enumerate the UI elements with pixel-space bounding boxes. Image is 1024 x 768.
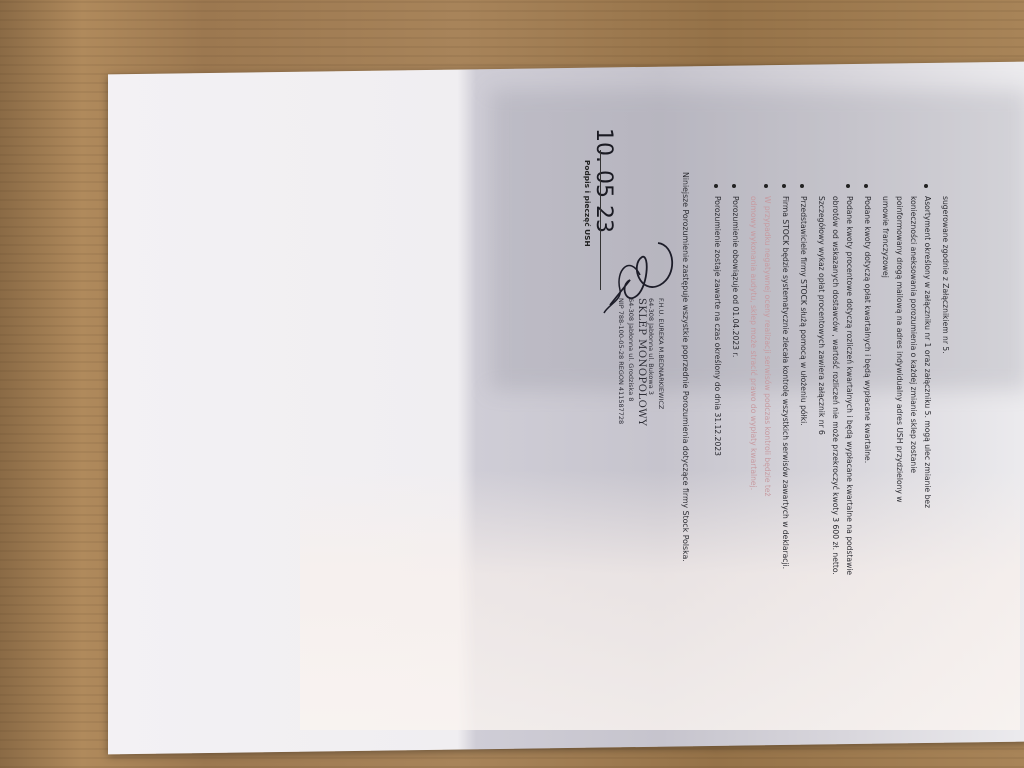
document-line: Przedstawiciele firmy STOCK służą pomocą… [799, 196, 808, 426]
document-line: obrotów od wskazanych dostawców , wartoś… [831, 196, 840, 575]
stamp-line-2: 64-308 Jabłonna ul. Bukowa 3 [648, 298, 655, 426]
bullet-icon [800, 184, 804, 188]
stamp-line-5: NIP 788-100-05-28 REGON 411587728 [618, 298, 625, 426]
signature-label: Podpis i pieczęć USH [583, 160, 592, 247]
handwritten-date: 10. 05 23 [591, 128, 616, 233]
document-line: umowie franczyzowej [881, 196, 890, 278]
document-line: Porozumienie obowiązuje od 01.04.2023 r. [731, 196, 740, 357]
closing-statement: Niniejsze Porozumienie zastępuje wszystk… [681, 172, 690, 562]
document-line: W przypadku negatywnej oceny realizacji … [763, 196, 772, 497]
stamp-line-4: 64-308 Jabłonna ul. Grodziska 8 [628, 298, 635, 426]
document-line: Porozumienie zostaje zawarte na czas okr… [713, 196, 722, 456]
bullet-icon [782, 184, 786, 188]
document-line: sugerowane zgodnie z Załącznikiem nr 5. [941, 196, 950, 354]
bullet-icon [864, 184, 868, 188]
document-line: konieczności aneksowania porozumienia o … [909, 196, 918, 473]
bullet-icon [764, 184, 768, 188]
company-stamp: F.H.U. EUREKA M.BEDNARKIEWICZ 64-308 Jab… [618, 298, 664, 426]
document-line: Szczegółowy wykaz opłat procentowych zaw… [817, 196, 826, 435]
stamp-line-1: F.H.U. EUREKA M.BEDNARKIEWICZ [658, 298, 665, 426]
bullet-icon [732, 184, 736, 188]
document-line: poinformowany drogą mailową na adres ind… [895, 196, 904, 503]
document-line: Asortyment określony w załączniku nr 1 o… [923, 196, 932, 508]
document-line: odmowy wykonania audytu, sklep może stra… [749, 196, 758, 490]
bullet-icon [846, 184, 850, 188]
document-line: Firma STOCK będzie systematycznie zlecał… [781, 196, 790, 569]
bullet-icon [924, 184, 928, 188]
bullet-icon [714, 184, 718, 188]
document-line: Podane kwoty dotyczą opłat kwartalnych i… [863, 196, 872, 463]
document-line: Podane kwoty procentowe dotyczą rozlicze… [845, 196, 854, 575]
stamp-line-3: SKLEP MONOPOLOWY [636, 298, 646, 426]
light-overlay [300, 470, 1020, 730]
